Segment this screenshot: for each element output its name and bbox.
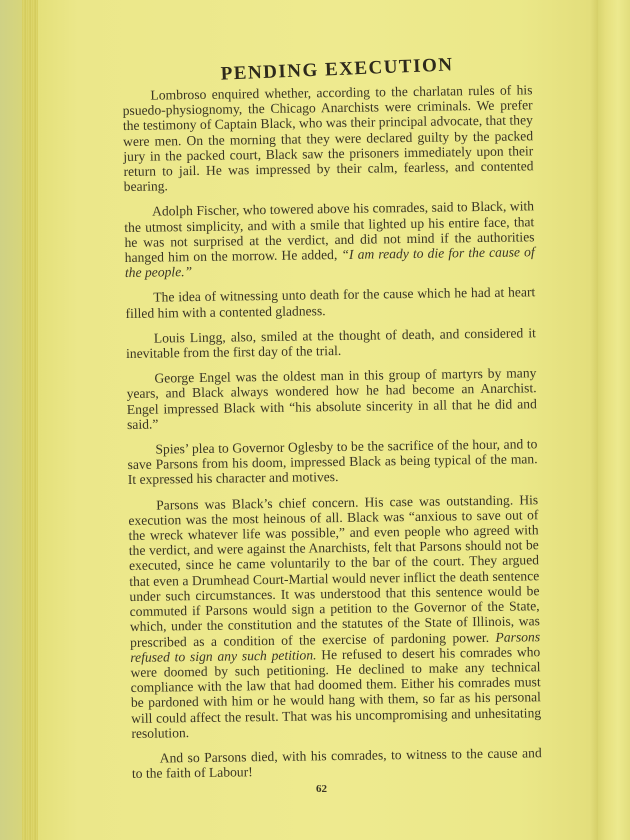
paragraph-text: Spies’ plea to Governor Oglesby to be th…: [128, 436, 538, 487]
paragraph-parsons: Parsons was Black’s chief concern. His c…: [128, 492, 541, 741]
paragraph-text: George Engel was the oldest man in this …: [127, 365, 537, 431]
facing-page-edge: [598, 0, 630, 840]
paragraph-engel: George Engel was the oldest man in this …: [126, 365, 537, 432]
paragraph-fischer: Adolph Fischer, who towered above his co…: [124, 199, 535, 281]
paragraph-witnessing: The idea of witnessing unto death for th…: [125, 285, 535, 321]
page-content: PENDING EXECUTION Lombroso enquired whet…: [122, 56, 542, 791]
paragraph-text: The idea of witnessing unto death for th…: [125, 285, 535, 321]
paragraph-lingg: Louis Lingg, also, smiled at the thought…: [126, 325, 536, 361]
paragraph-conclusion: And so Parsons died, with his comrades, …: [132, 745, 542, 781]
paragraph-text: Parsons was Black’s chief concern. His c…: [128, 492, 540, 650]
page-number: 62: [316, 783, 327, 795]
paragraph-text: Louis Lingg, also, smiled at the thought…: [126, 325, 536, 361]
paragraph-text: Lombroso enquired whether, according to …: [123, 82, 534, 194]
paragraph-spies: Spies’ plea to Governor Oglesby to be th…: [127, 436, 538, 487]
paragraph-text: And so Parsons died, with his comrades, …: [132, 745, 542, 781]
paragraph-lombroso: Lombroso enquired whether, according to …: [122, 82, 533, 194]
